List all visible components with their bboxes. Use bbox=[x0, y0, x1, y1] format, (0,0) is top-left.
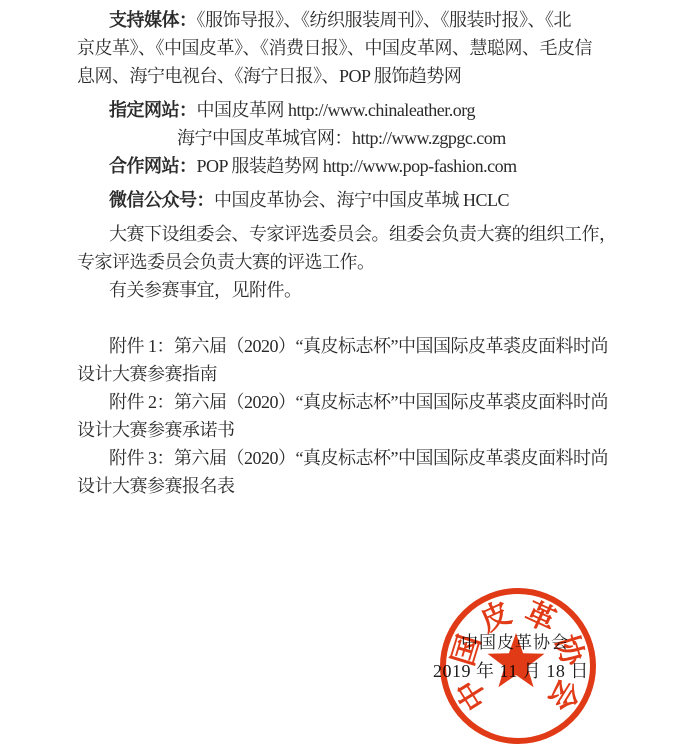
doc-line: 设计大赛参赛指南 bbox=[77, 360, 611, 388]
line-text: 中国皮革网 http://www.chinaleather.org bbox=[197, 100, 475, 120]
doc-line: 支持媒体：《服饰导报》、《纺织服装周刊》、《服装时报》、《北 bbox=[77, 6, 611, 34]
doc-line-attachment-2: 附件 2：第六届（2020）“真皮标志杯”中国国际皮革裘皮面料时尚 bbox=[77, 388, 611, 416]
line-text: 设计大赛参赛报名表 bbox=[77, 476, 235, 496]
line-label: 合作网站： bbox=[109, 156, 197, 176]
doc-line: 合作网站：POP 服装趋势网 http://www.pop-fashion.co… bbox=[77, 152, 611, 180]
line-text: 大赛下设组委会、专家评选委员会。组委会负责大赛的组织工作， bbox=[109, 224, 617, 244]
line-text: 设计大赛参赛指南 bbox=[77, 364, 217, 384]
line-text: 有关参赛事宜，见附件。 bbox=[109, 280, 302, 300]
line-text: 附件 2：第六届（2020）“真皮标志杯”中国国际皮革裘皮面料时尚 bbox=[109, 392, 608, 412]
line-label: 微信公众号： bbox=[109, 190, 214, 210]
doc-line: 大赛下设组委会、专家评选委员会。组委会负责大赛的组织工作， bbox=[77, 220, 611, 248]
doc-line: 海宁中国皮革城官网：http://www.zgpgc.com bbox=[77, 124, 611, 152]
line-text: POP 服装趋势网 http://www.pop-fashion.com bbox=[197, 156, 517, 176]
doc-line-attachment-1: 附件 1：第六届（2020）“真皮标志杯”中国国际皮革裘皮面料时尚 bbox=[77, 332, 611, 360]
doc-line: 微信公众号：中国皮革协会、海宁中国皮革城 HCLC bbox=[77, 186, 611, 214]
line-text: 京皮革》、《中国皮革》、《消费日报》、中国皮革网、慧聪网、毛皮信 bbox=[77, 38, 592, 58]
document-page: 支持媒体：《服饰导报》、《纺织服装周刊》、《服装时报》、《北 京皮革》、《中国皮… bbox=[0, 0, 685, 754]
doc-line: 有关参赛事宜，见附件。 bbox=[77, 276, 611, 304]
line-text: 中国皮革协会、海宁中国皮革城 HCLC bbox=[214, 190, 509, 210]
line-text: 海宁中国皮革城官网：http://www.zgpgc.com bbox=[177, 128, 506, 148]
line-text: 专家评选委员会负责大赛的评选工作。 bbox=[77, 252, 375, 272]
line-text: 附件 3：第六届（2020）“真皮标志杯”中国国际皮革裘皮面料时尚 bbox=[109, 448, 608, 468]
document-body: 支持媒体：《服饰导报》、《纺织服装周刊》、《服装时报》、《北 京皮革》、《中国皮… bbox=[77, 6, 611, 500]
line-label: 指定网站： bbox=[109, 100, 197, 120]
doc-line: 指定网站：中国皮革网 http://www.chinaleather.org bbox=[77, 96, 611, 124]
line-text: 《服饰导报》、《纺织服装周刊》、《服装时报》、《北 bbox=[197, 10, 572, 30]
doc-line: 设计大赛参赛承诺书 bbox=[77, 416, 611, 444]
signature-date: 2019 年 11 月 18 日 bbox=[433, 657, 589, 683]
line-label: 支持媒体： bbox=[109, 10, 197, 30]
line-text: 息网、海宁电视台、《海宁日报》、POP 服饰趋势网 bbox=[77, 66, 461, 86]
doc-line: 京皮革》、《中国皮革》、《消费日报》、中国皮革网、慧聪网、毛皮信 bbox=[77, 34, 611, 62]
doc-line-attachment-3: 附件 3：第六届（2020）“真皮标志杯”中国国际皮革裘皮面料时尚 bbox=[77, 444, 611, 472]
doc-line: 设计大赛参赛报名表 bbox=[77, 472, 611, 500]
line-text: 设计大赛参赛承诺书 bbox=[77, 420, 235, 440]
doc-line: 息网、海宁电视台、《海宁日报》、POP 服饰趋势网 bbox=[77, 62, 611, 90]
doc-line: 专家评选委员会负责大赛的评选工作。 bbox=[77, 248, 611, 276]
signature-organization: 中国皮革协会 bbox=[461, 628, 569, 653]
line-text: 附件 1：第六届（2020）“真皮标志杯”中国国际皮革裘皮面料时尚 bbox=[109, 336, 608, 356]
